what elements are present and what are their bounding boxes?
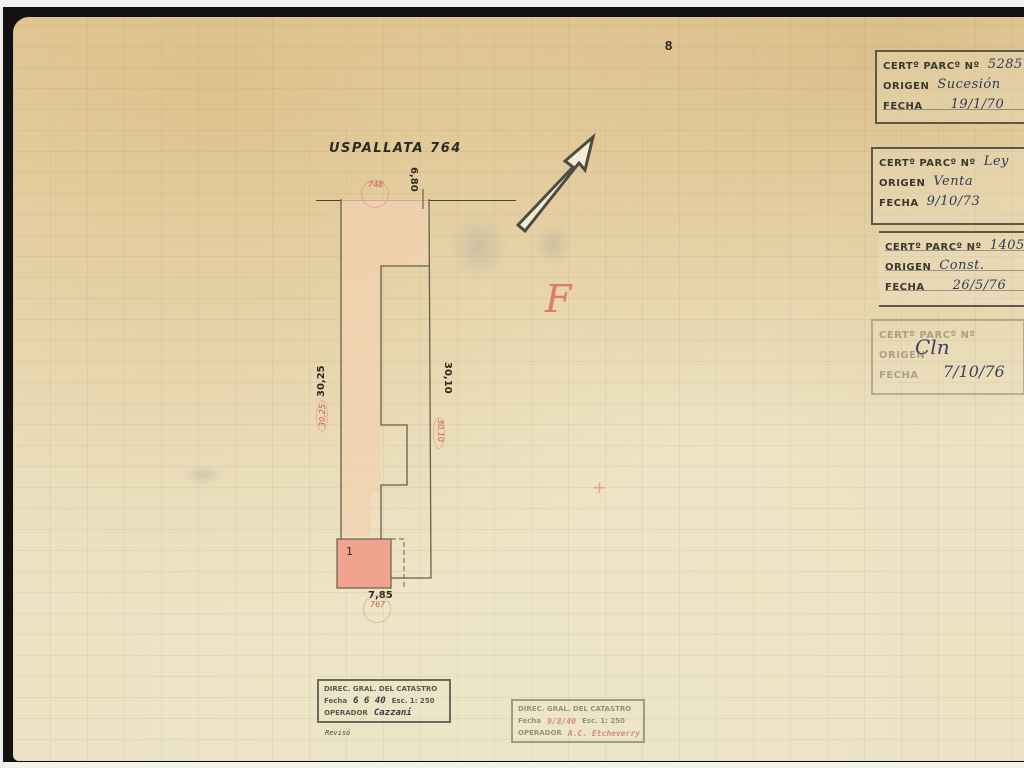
origen-label: ORIGEN (883, 81, 929, 92)
unit-label: 1 (346, 545, 353, 558)
catastro-escala: Esc. 1: 250 (392, 697, 435, 705)
origen-label: ORIGEN (885, 262, 931, 273)
red-f-mark: F (545, 277, 571, 321)
document-sheet: 8 USPALLATA 764 1 6,80 7,85 30,25 30,10 (13, 17, 1024, 761)
cert-label: CERTº PARCº Nº (885, 242, 982, 253)
catastro-operador-label: OPERADOR (324, 709, 368, 717)
handwritten-fecha: 7/10/76 (943, 362, 1005, 381)
catastro-operador-label: OPERADOR (518, 729, 562, 737)
cert-value: Ley (984, 154, 1009, 169)
certificate-stamp: CERTº PARCº Nº1405 ORIGENConst. FECHA26/… (879, 231, 1024, 307)
fecha-label: FECHA (879, 198, 919, 209)
fecha-label: FECHA (883, 101, 923, 112)
catastro-operador-value: A.C. Etcheverry (568, 729, 640, 738)
scan-frame: 8 USPALLATA 764 1 6,80 7,85 30,25 30,10 (3, 7, 1024, 762)
street-label: USPALLATA 764 (329, 141, 462, 156)
fecha-label: FECHA (885, 282, 925, 293)
catastro-title: DIREC. GRAL. DEL CATASTRO (324, 685, 437, 693)
neighbor-front-number: 748 (368, 180, 383, 189)
catastro-fecha-value: 6 6 40 (353, 696, 386, 706)
catastro-escala: Esc. 1: 250 (582, 717, 625, 725)
right-depth-dimension: 30,10 (442, 362, 453, 394)
handwritten-origen: Cln (915, 335, 950, 359)
catastro-fecha-label: Fecha (518, 717, 541, 725)
smudge-mark (183, 465, 223, 485)
catastro-operador-value: Cazzani (374, 708, 412, 718)
revision-note: Revisó (325, 729, 350, 737)
origen-label: ORIGEN (879, 178, 925, 189)
origen-value: Venta (933, 174, 973, 189)
left-depth-dimension: 30,25 (316, 365, 327, 397)
origen-value: Sucesión (937, 77, 1000, 92)
certificate-stamp: CERTº PARCº NºLey ORIGENVenta FECHA9/10/… (871, 147, 1024, 225)
catastro-stamp: DIREC. GRAL. DEL CATASTRO Fecha9/8/40Esc… (511, 699, 645, 743)
cert-label: CERTº PARCº Nº (879, 158, 976, 169)
cert-label: CERTº PARCº Nº (883, 61, 980, 72)
catastro-title: DIREC. GRAL. DEL CATASTRO (518, 705, 631, 713)
red-cross-mark: + (593, 475, 606, 501)
catastro-stamp: DIREC. GRAL. DEL CATASTRO Fecha6 6 40Esc… (317, 679, 451, 723)
catastro-fecha-label: Fecha (324, 697, 347, 705)
neighbor-rear-number: 767 (370, 600, 385, 609)
fecha-label: FECHA (879, 370, 919, 381)
fecha-value: 9/10/73 (927, 194, 981, 209)
catastro-fecha-value: 9/8/40 (547, 717, 576, 726)
cert-value: 5285 (988, 57, 1023, 72)
front-width-dimension: 6,80 (408, 167, 419, 192)
left-red-annotation: 30,25 (318, 404, 327, 427)
page-number: 8 (665, 38, 672, 53)
north-arrow-icon (503, 125, 603, 235)
certificate-stamp: CERTº PARCº Nº5285 ORIGENSucesión FECHA1… (875, 50, 1024, 124)
parcel-plan (313, 187, 473, 607)
right-red-annotation: 30,10 (436, 419, 445, 442)
